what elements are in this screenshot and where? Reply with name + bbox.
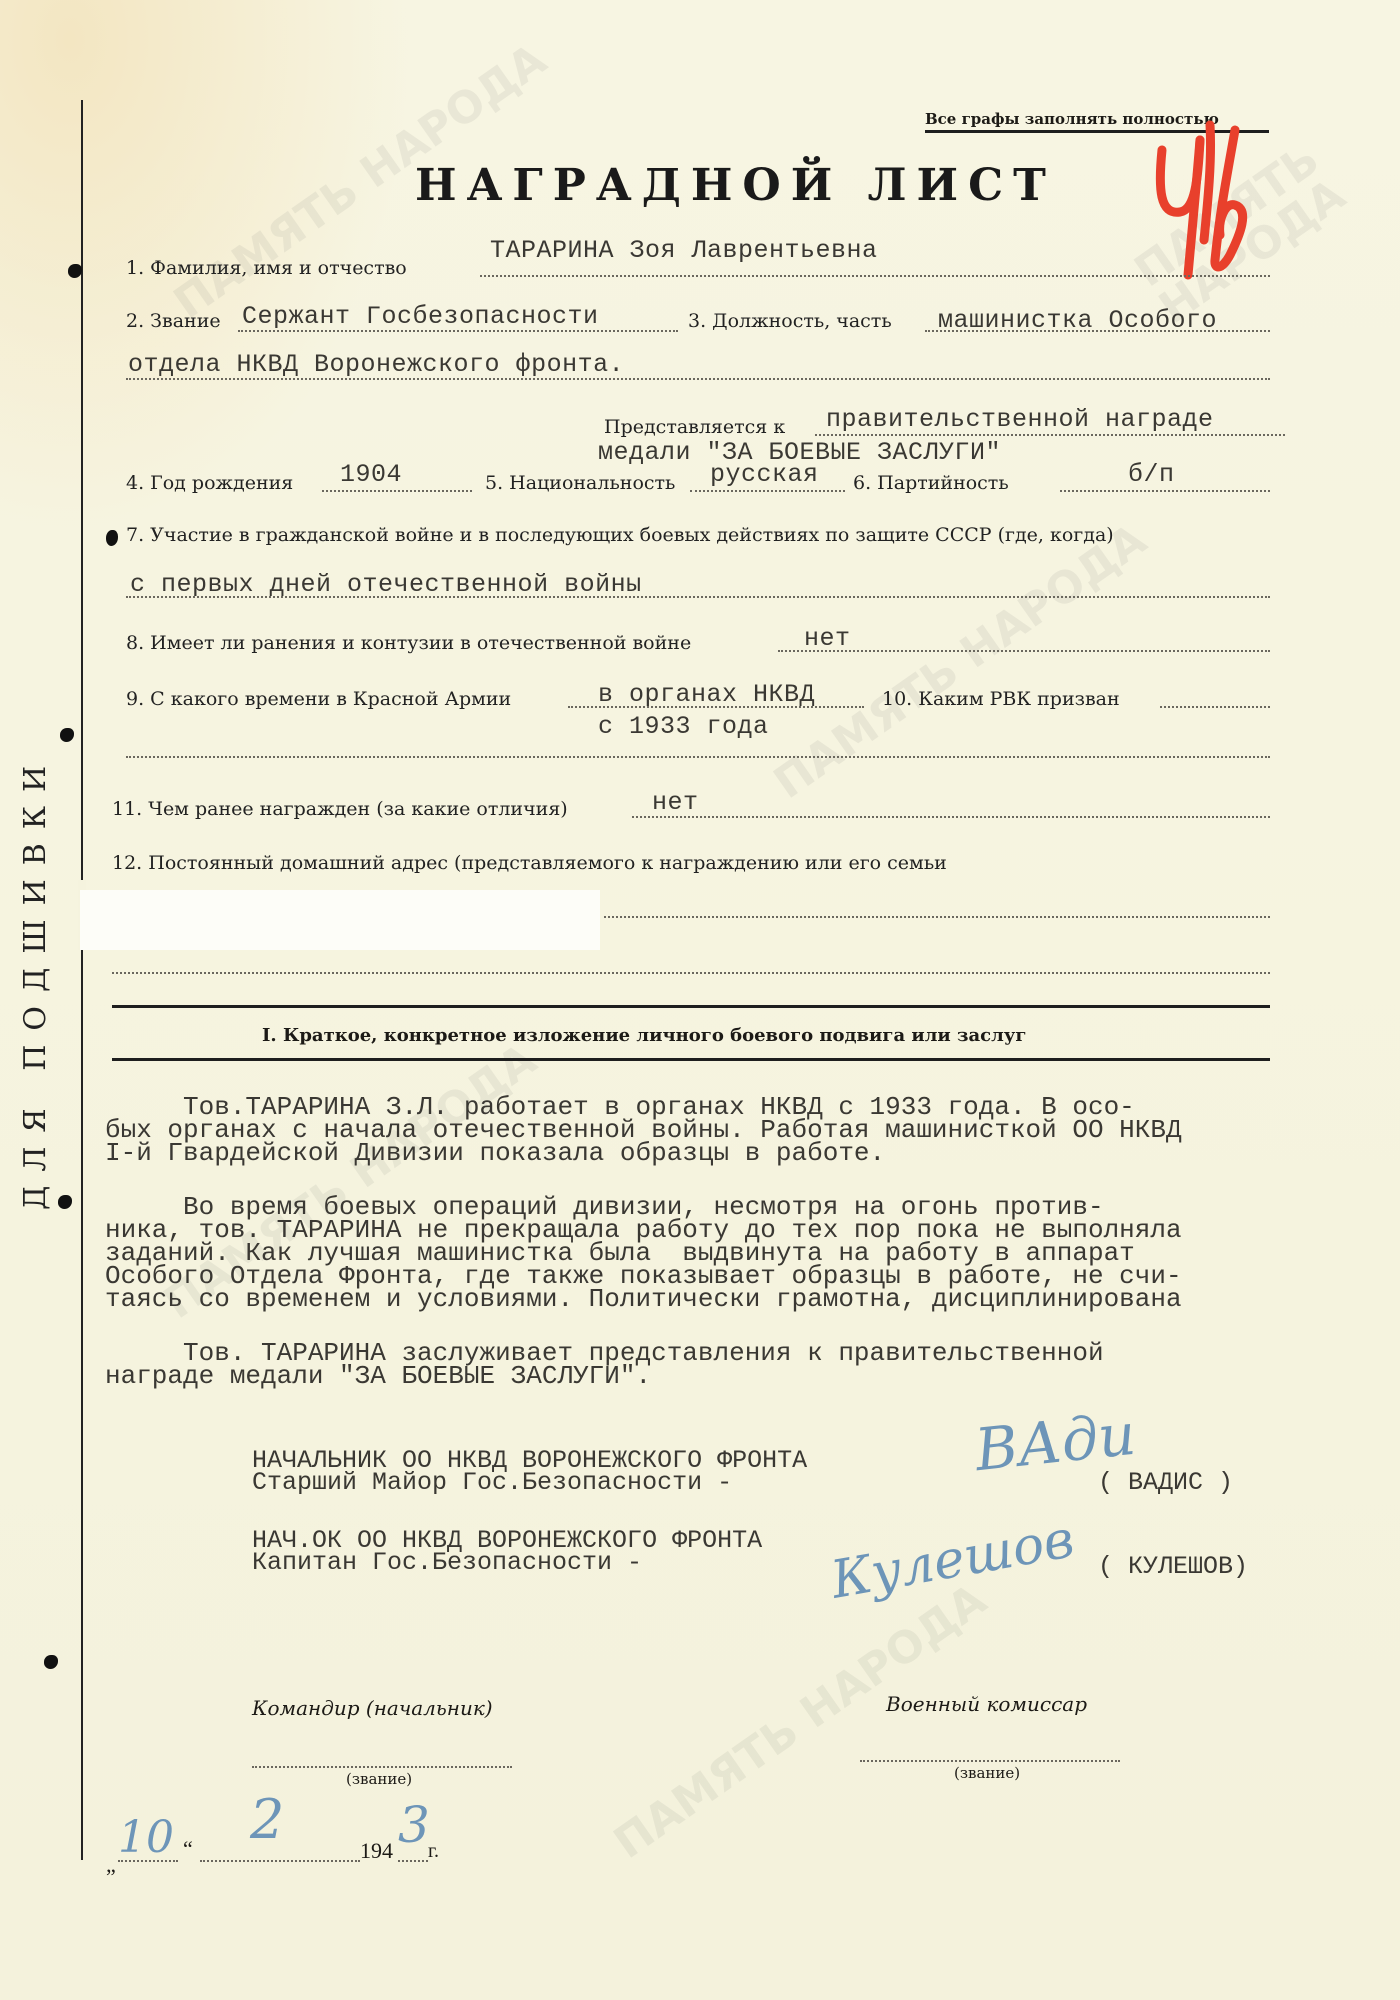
field-8-value: нет xyxy=(804,624,851,653)
date-month-line xyxy=(200,1860,360,1862)
signatory-2-rank: Капитан Гос.Безопасности - xyxy=(252,1552,642,1574)
award-value: правительственной награде xyxy=(826,405,1214,434)
section-1-heading: I. Краткое, конкретное изложение личного… xyxy=(262,1025,1026,1046)
field-3-label: 3. Должность, часть xyxy=(688,310,892,332)
date-close-quote: “ xyxy=(183,1836,193,1862)
redacted-address xyxy=(80,890,600,950)
field-9-value: в органах НКВД xyxy=(598,680,815,709)
field-4-label: 4. Год рождения xyxy=(126,472,293,494)
field-7-label: 7. Участие в гражданской войне и в после… xyxy=(126,524,1114,546)
field-8-label: 8. Имеет ли ранения и контузии в отечест… xyxy=(126,632,691,654)
field-12-label: 12. Постоянный домашний адрес (представл… xyxy=(112,852,947,874)
commissar-label: Военный комиссар xyxy=(886,1692,1087,1716)
section-1-paragraph: Во время боевых операций дивизии, несмот… xyxy=(105,1196,1395,1311)
date-month: 2 xyxy=(250,1788,284,1851)
signatory-2-name: ( КУЛЕШОВ) xyxy=(1098,1556,1248,1578)
field-9-value-cont: с 1933 года xyxy=(598,712,769,741)
field-10-label: 10. Каким РВК призван xyxy=(882,688,1120,710)
field-7-value: с первых дней отечественной войны xyxy=(130,570,642,599)
field-5-line xyxy=(690,490,845,492)
date-open-quote: „ xyxy=(106,1852,116,1878)
field-4-value: 1904 xyxy=(340,460,402,489)
field-6-line xyxy=(1060,490,1270,492)
award-label: Представляется к xyxy=(604,416,785,438)
field-1-label: 1. Фамилия, имя и отчество xyxy=(126,257,407,279)
field-6-value: б/п xyxy=(1128,460,1175,489)
field-3-value: машинистка Особого xyxy=(938,306,1217,335)
field-2-value: Сержант Госбезопасности xyxy=(242,302,599,331)
binding-label: ДЛЯ ПОДШИВКИ xyxy=(18,752,53,1210)
section-1-paragraph: Тов. ТАРАРИНА заслуживает представления … xyxy=(105,1342,1395,1388)
field-8-line xyxy=(778,650,1270,652)
date-day: 10 xyxy=(118,1812,174,1863)
field-1-value: ТАРАРИНА Зоя Лаврентьевна xyxy=(490,236,878,265)
field-5-label: 5. Национальность xyxy=(485,472,675,494)
field-6-label: 6. Партийность xyxy=(853,472,1009,494)
section-1-paragraph: Тов.ТАРАРИНА З.Л. работает в органах НКВ… xyxy=(105,1096,1395,1165)
field-3-value-cont: отдела НКВД Воронежского фронта. xyxy=(128,350,624,379)
signatory-1-rank: Старший Майор Гос.Безопасности - xyxy=(252,1472,732,1494)
field-2-label: 2. Звание xyxy=(126,310,221,332)
document-title: НАГРАДНОЙ ЛИСТ xyxy=(415,160,1056,211)
date-year-line xyxy=(398,1860,428,1862)
field-4-line xyxy=(322,490,472,492)
field-9-line-cont xyxy=(126,756,1270,758)
field-12-line-cont xyxy=(112,972,1270,974)
award-line xyxy=(815,434,1285,436)
binding-margin-line xyxy=(81,100,83,1860)
signatory-1-name: ( ВАДИС ) xyxy=(1098,1472,1233,1494)
field-9-label: 9. С какого времени в Красной Армии xyxy=(126,688,511,710)
date-year-prefix: 194 xyxy=(360,1838,393,1864)
red-pencil-mark: Чб xyxy=(1140,120,1270,285)
field-10-line xyxy=(1160,706,1270,708)
field-5-value: русская xyxy=(710,460,819,489)
field-12-line xyxy=(604,916,1270,918)
date-year-digit: 3 xyxy=(398,1796,430,1854)
commander-rank-line xyxy=(252,1766,512,1768)
date-suffix: г. xyxy=(428,1840,439,1863)
commander-label: Командир (начальник) xyxy=(252,1696,493,1720)
field-11-line xyxy=(632,816,1270,818)
commissar-rank-line xyxy=(860,1760,1120,1762)
field-1-line xyxy=(480,275,1270,277)
section-divider-bottom xyxy=(112,1058,1270,1061)
section-divider-top xyxy=(112,1005,1270,1008)
commander-rank-caption: (звание) xyxy=(346,1770,412,1788)
commissar-rank-caption: (звание) xyxy=(954,1764,1020,1782)
field-11-value: нет xyxy=(652,788,699,817)
field-11-label: 11. Чем ранее награжден (за какие отличи… xyxy=(112,798,568,820)
